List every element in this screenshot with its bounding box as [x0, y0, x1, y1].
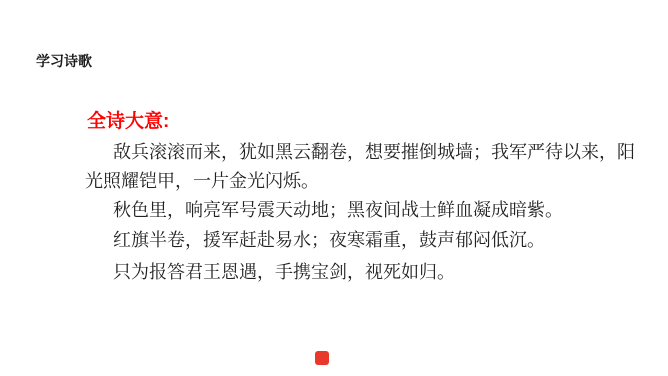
red-square-logo-icon: [315, 351, 329, 365]
body-text-line: 敌兵滚滚而来，犹如黑云翻卷，想要摧倒城墙；我军严待以来，阳: [85, 141, 635, 163]
body-text-line: 只为报答君王恩遇，手携宝剑，视死如归。: [85, 261, 455, 283]
body-text-line: 光照耀铠甲，一片金光闪烁。: [85, 170, 319, 192]
poem-summary-heading: 全诗大意:: [87, 106, 169, 133]
slide: 学习诗歌 全诗大意: 敌兵滚滚而来，犹如黑云翻卷，想要摧倒城墙；我军严待以来，阳…: [0, 0, 668, 376]
body-text-line: 红旗半卷，援军赶赴易水；夜寒霜重，鼓声郁闷低沉。: [85, 229, 545, 251]
slide-header-label: 学习诗歌: [36, 51, 92, 71]
body-text-line: 秋色里，响亮军号震天动地；黑夜间战士鲜血凝成暗紫。: [85, 199, 563, 221]
